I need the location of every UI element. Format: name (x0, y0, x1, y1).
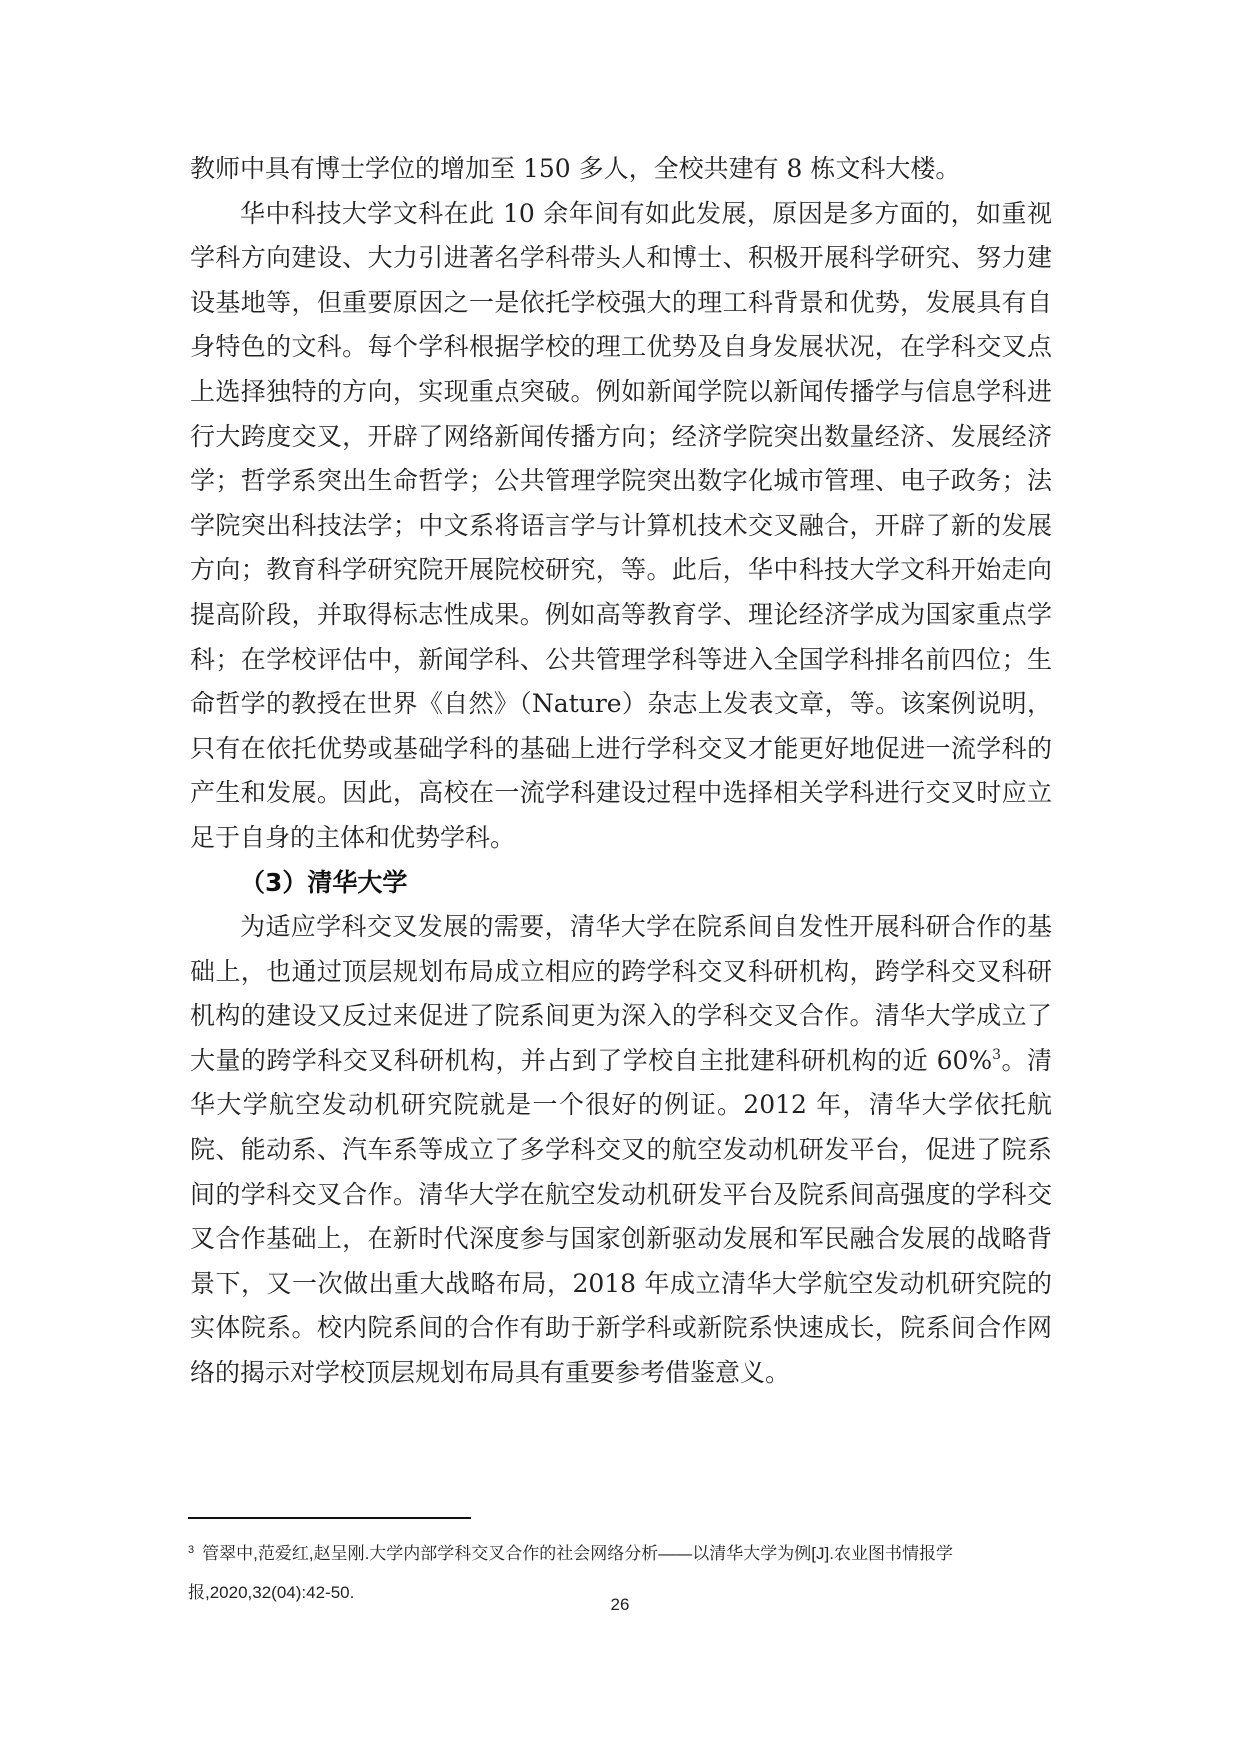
footnote-reference[interactable]: 3 (992, 1047, 1001, 1063)
paragraph-hust-liberal-arts: 华中科技大学文科在此 10 余年间有如此发展，原因是多方面的，如重视学科方向建设… (190, 192, 1052, 861)
paragraph-text-part-1: 为适应学科交叉发展的需要，清华大学在院系间自发性开展科研合作的基础上，也通过顶层… (190, 912, 1052, 1075)
paragraph-text-part-2: 。清华大学航空发动机研究院就是一个很好的例证。2012 年，清华大学依托航院、能… (190, 1046, 1052, 1387)
footnote-divider (188, 1517, 471, 1519)
document-page: 教师中具有博士学位的增加至 150 多人，全校共建有 8 栋文科大楼。 华中科技… (0, 0, 1240, 1753)
body-text: 教师中具有博士学位的增加至 150 多人，全校共建有 8 栋文科大楼。 华中科技… (190, 147, 1052, 1396)
footnote-text: 管翠中,范爱红,赵呈刚.大学内部学科交叉合作的社会网络分析——以清华大学为例[J… (188, 1544, 953, 1602)
paragraph-continuation: 教师中具有博士学位的增加至 150 多人，全校共建有 8 栋文科大楼。 (190, 147, 1052, 192)
section-heading: （3）清华大学 (190, 861, 1052, 906)
footnote-number: 3 (188, 1544, 194, 1556)
paragraph-tsinghua: 为适应学科交叉发展的需要，清华大学在院系间自发性开展科研合作的基础上，也通过顶层… (190, 905, 1052, 1396)
page-number: 26 (0, 1595, 1240, 1615)
